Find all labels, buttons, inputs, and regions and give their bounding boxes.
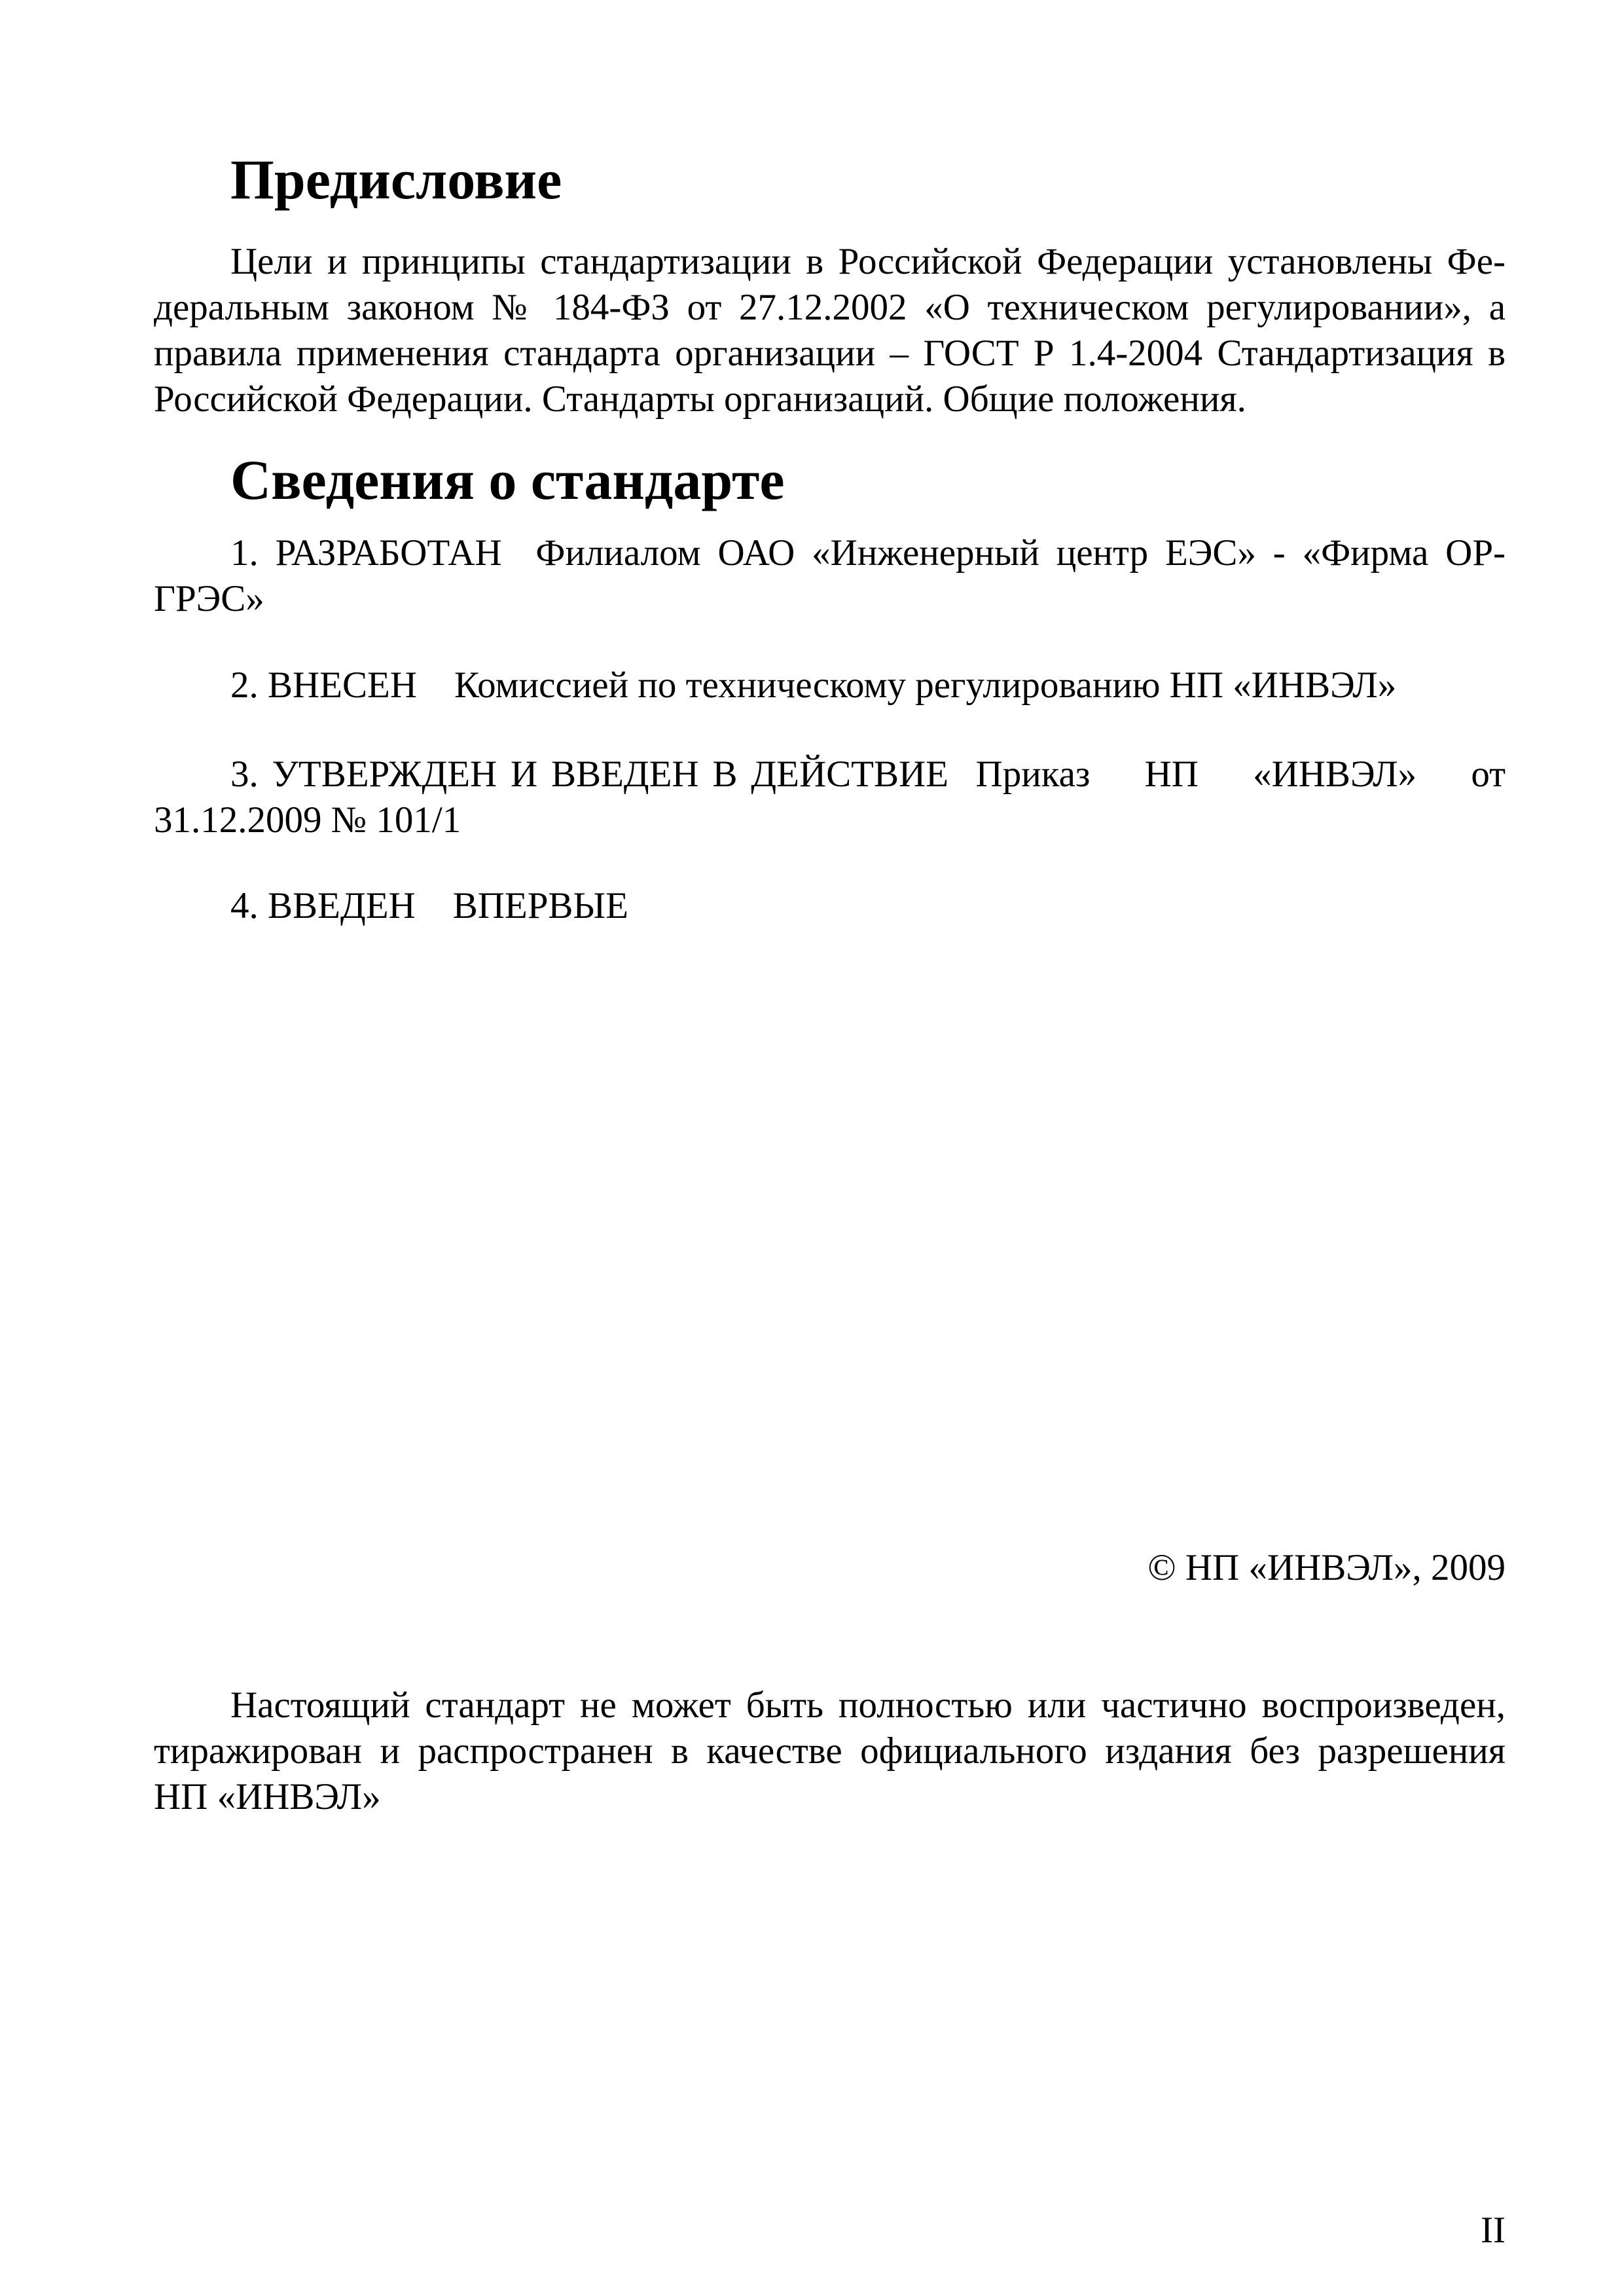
item-developed: 1. РАЗРАБОТАН Филиалом ОАО «Инженерный ц… (154, 530, 1506, 622)
paragraph-line: деральным законом № 184-ФЗ от 27.12.2002… (154, 285, 1506, 331)
preface-heading: Предисловие (154, 147, 1506, 212)
item-line: 3. УТВЕРЖДЕН И ВВЕДЕН В ДЕЙСТВИЕ Приказ … (154, 752, 1506, 797)
paragraph-line: Российской Федерации. Стандарты организа… (154, 376, 1506, 422)
item-line: 2. ВНЕСЕН Комиссией по техническому регу… (154, 663, 1506, 708)
document-page: Предисловие Цели и принципы стандартизац… (0, 0, 1624, 2296)
note-line: НП «ИНВЭЛ» (154, 1774, 1506, 1820)
item-line: ГРЭС» (154, 576, 1506, 622)
item-approved: 3. УТВЕРЖДЕН И ВВЕДЕН В ДЕЙСТВИЕ Приказ … (154, 752, 1506, 843)
item-submitted: 2. ВНЕСЕН Комиссией по техническому регу… (154, 663, 1506, 708)
item-line: 1. РАЗРАБОТАН Филиалом ОАО «Инженерный ц… (154, 530, 1506, 576)
note-line: тиражирован и распространен в качестве о… (154, 1728, 1506, 1774)
paragraph-line: правила применения стандарта организации… (154, 331, 1506, 376)
item-line: 4. ВВЕДЕН ВПЕРВЫЕ (154, 883, 1506, 929)
copyright-line: © НП «ИНВЭЛ», 2009 (154, 1545, 1506, 1591)
note-line: Настоящий стандарт не может быть полност… (154, 1683, 1506, 1728)
page-number: II (154, 2208, 1506, 2253)
paragraph-line: Цели и принципы стандартизации в Российс… (154, 239, 1506, 285)
reproduction-note: Настоящий стандарт не может быть полност… (154, 1683, 1506, 1820)
item-line: 31.12.2009 № 101/1 (154, 797, 1506, 843)
preface-paragraph: Цели и принципы стандартизации в Российс… (154, 239, 1506, 422)
item-introduced: 4. ВВЕДЕН ВПЕРВЫЕ (154, 883, 1506, 929)
standard-info-heading: Сведения о стандарте (154, 447, 1506, 513)
